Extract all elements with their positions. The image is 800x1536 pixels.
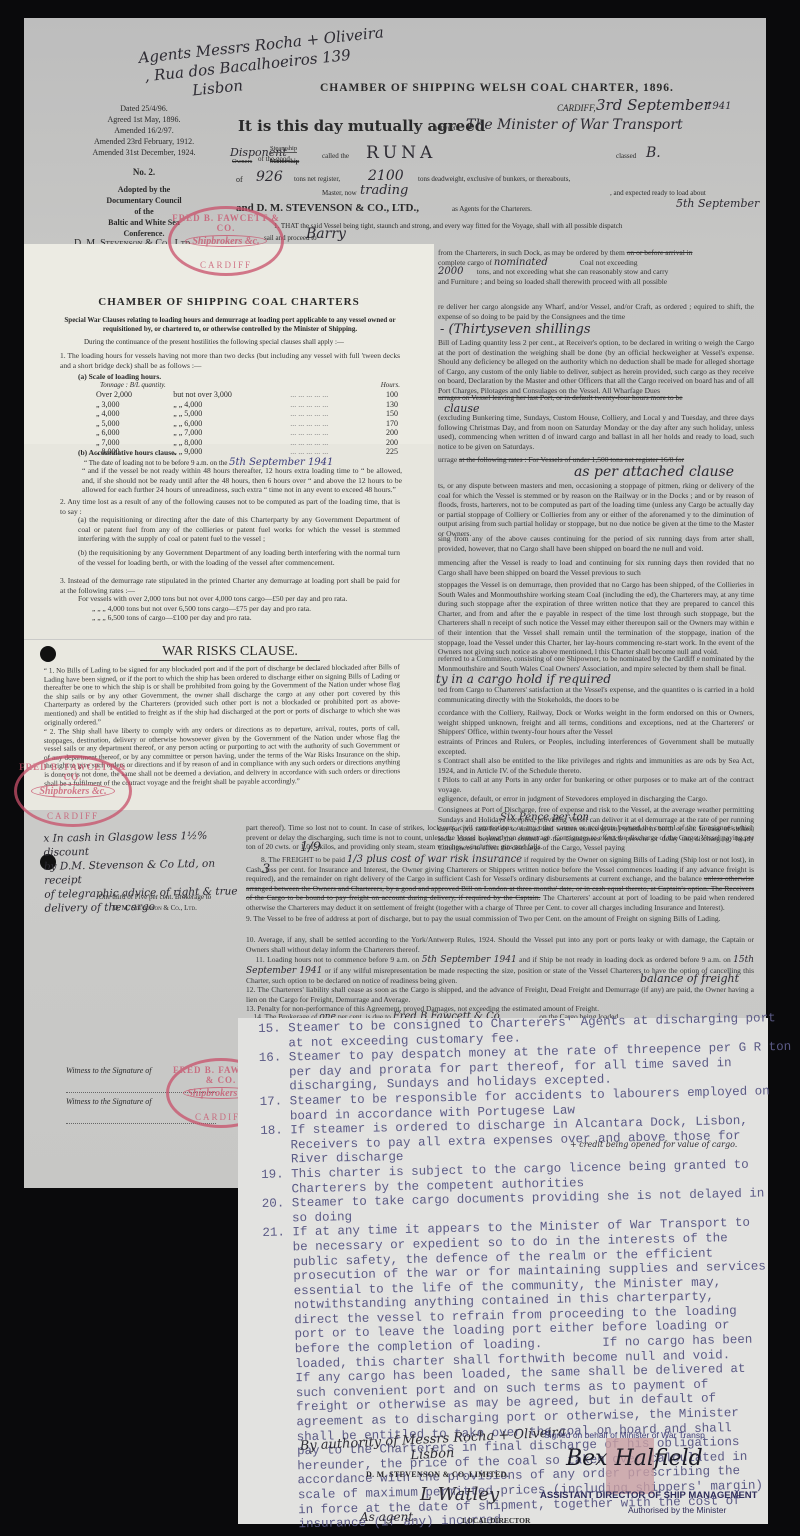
shipbroker-stamp: FRED B. FAWCETT & CO.Shipbrokers &c.CARD… <box>14 755 132 827</box>
called-the: called the <box>322 152 349 160</box>
cargo-hold-handwritten: ty in a cargo hold if required <box>436 672 611 686</box>
deliver-clause: re deliver her cargo alongside any Wharf… <box>438 302 754 321</box>
clause1-start: 1. THAT the said Vessel being tight, sta… <box>274 222 754 230</box>
company-name: D. M. STEVENSON & CO. LIMITED. <box>366 1470 509 1479</box>
war-risks-p1: “ 1. No Bills of Lading to be signed for… <box>44 663 401 727</box>
scale-row: „ 3,000„ „ 4,000... ... ... ... ...130 <box>92 400 402 410</box>
agent-signature: L Watley <box>420 1484 499 1505</box>
negligence-clause: egligence, default, or error in judgment… <box>438 794 754 804</box>
part-thereof-clause: part thereof). Time so lost not to count… <box>246 823 754 852</box>
scale-row: „ 7,000„ „ 8,000... ... ... ... ...200 <box>92 438 402 448</box>
between-party: The Minister of War Transport <box>466 117 683 133</box>
agents-suffix: as Agents for the Charterers. <box>452 205 532 213</box>
classed-label: classed <box>616 152 636 160</box>
cargo-nominated: nominated <box>494 257 548 268</box>
rider-clause-2a: (a) the requisitioning or directing afte… <box>78 515 400 544</box>
discharge-rate-handwritten: Six Pence per ton <box>500 812 589 823</box>
of-label: of <box>236 175 243 184</box>
master-label: Master, now <box>322 189 357 197</box>
pilots-clause: t Pilots to call at any Ports in any ord… <box>438 775 754 794</box>
balance-of-freight-handwritten: balance of freight <box>640 972 739 985</box>
freight-rate-handwritten: - (Thirtyseven shillings <box>440 322 591 337</box>
rider-subtitle: Special War Clauses relating to loading … <box>60 316 400 334</box>
scale-header: Tonnage : B/L quantity.Hours. <box>100 381 400 389</box>
rider-clause-1: 1. The loading hours for vessels having … <box>60 351 400 370</box>
net-register: 926 <box>256 169 283 185</box>
date-line: Amended 23rd February, 1912. <box>84 136 204 147</box>
adopted-line: Documentary Council <box>84 195 204 206</box>
rider-title: CHAMBER OF SHIPPING COAL CHARTERS <box>24 296 434 308</box>
rider-intro: During the continuance of the present ho… <box>84 338 344 346</box>
date-line: Amended 31st December, 1924. <box>84 147 204 158</box>
as-per-attached-clause: as per attached clause <box>574 464 734 480</box>
clause-12: 12. The Charterers' liability shall ceas… <box>246 985 754 1004</box>
master-status: trading <box>360 183 408 198</box>
authorised-by-minister: Authorised by the Minister <box>628 1505 726 1515</box>
charter-number: No. 2. <box>84 167 204 178</box>
shipbroker-stamp: FRED B. FAWCETT & CO.Shipbrokers &c.CARD… <box>168 206 284 276</box>
deadweight-label: tons deadweight, exclusive of bunkers, o… <box>418 175 570 183</box>
war-risks-title: WAR RISKS CLAUSE. <box>140 644 320 661</box>
scale-row: „ 6,000„ „ 7,000... ... ... ... ...200 <box>92 428 402 438</box>
rider-clause-2: 2. Any time lost as a result of any of t… <box>60 497 400 516</box>
stoppage-clause: stoppages the Vessel is on demurrage, th… <box>438 580 754 657</box>
place-label: CARDIFF, <box>557 103 596 113</box>
demurrage-rates: For vessels with over 2,000 tons but not… <box>78 594 400 623</box>
scale-row: „ 5,000„ „ 6,000... ... ... ... ...170 <box>92 419 402 429</box>
loading-date: 5th September 1941 <box>422 955 517 965</box>
freight-handwritten-2: 1/3 plus cost of war risk insurance <box>347 854 522 865</box>
scale-table: Over 2,000but not over 3,000... ... ... … <box>92 390 402 457</box>
brokerage-note: One third of Five per cent. Brokerage to… <box>80 892 230 914</box>
punch-hole <box>40 646 56 662</box>
commencing-clause: mmencing after the Vessel is ready to lo… <box>438 558 754 577</box>
classed-value: B. <box>646 145 661 161</box>
as-agent: As agent. <box>360 1510 417 1524</box>
minister-signature: Bex Halfield <box>566 1446 703 1471</box>
scale-title: (a) Scale of loading hours. <box>78 372 161 381</box>
vessel-name: RUNA <box>366 143 436 163</box>
charter-date: 3rd September <box>596 96 711 114</box>
rider-clause-2b: (b) the requisitioning by any Government… <box>78 548 400 567</box>
scale-row: Over 2,000but not over 3,000... ... ... … <box>92 390 402 400</box>
six-days-clause: sing from any of the above causes contin… <box>438 534 754 553</box>
assistant-director: ASSISTANT DIRECTOR OF SHIP MANAGEMENT <box>540 1490 757 1501</box>
holiday-clause: (excluding Bunkering time, Sundays, Cust… <box>438 413 754 451</box>
clause-10: 10. Average, if any, shall be settled ac… <box>246 935 754 954</box>
vessel-type: Steamship <box>270 145 297 153</box>
destination: Barry <box>306 226 346 242</box>
deadweight: 2100 <box>368 168 404 184</box>
cargo-tons: 2000 <box>438 266 463 277</box>
charter-title: CHAMBER OF SHIPPING WELSH COAL CHARTER, … <box>320 82 674 94</box>
date-line: Agreed 1st May, 1896. <box>84 114 204 125</box>
local-director: LOCAL DIRECTOR <box>462 1516 530 1525</box>
accum-title: (b) Accumulative hours clause. <box>78 448 176 457</box>
struck-line: urrages on Vessel leaving her last Port,… <box>438 393 754 403</box>
date-line: Amended 16/2/97. <box>84 125 204 136</box>
accum-text: “ and if the vessel be not ready within … <box>82 466 402 495</box>
scale-row: „ 4,000„ „ 5,000... ... ... ... ...150 <box>92 409 402 419</box>
bills-clause: ccordance with the Colliery, Railway, Do… <box>438 708 754 737</box>
adopted-line: Adopted by the <box>84 184 204 195</box>
clause-8: 8. The FREIGHT to be paid 1/3 plus cost … <box>246 855 754 913</box>
between-label: between <box>434 124 457 132</box>
expected-label: , and expected ready to load about <box>610 189 706 197</box>
net-register-label: tons net register, <box>294 175 340 183</box>
owner-struck: Owners <box>232 158 252 165</box>
expected-date: 5th September <box>676 197 759 210</box>
date-line: Dated 25/4/96. <box>84 103 204 114</box>
contract-clause: s Contract shall also be entitled to the… <box>438 756 754 775</box>
clause19-handwritten: + credit being opened for value of cargo… <box>570 1140 737 1149</box>
cargo-clause: from the Charterers, in such Dock, as ma… <box>438 248 754 286</box>
bill-of-lading-clause: Bill of Lading quantity less 2 per cent.… <box>438 338 754 396</box>
vessel-type-struck: Motorship <box>270 158 299 165</box>
charter-year: 1941 <box>706 101 731 112</box>
rider-clause-3: 3. Instead of the demurrage rate stipula… <box>60 576 400 595</box>
committee-clause: referred to a Committee, consisting of o… <box>438 654 754 673</box>
clause-9: 9. The Vessel to be free of address at p… <box>246 914 754 924</box>
freight-handwritten-1: 1/9 <box>300 840 321 855</box>
bunker-clause: ted from Cargo to Charterers' satisfacti… <box>438 685 754 704</box>
strike-clause: ts, or any dispute between masters and m… <box>438 481 754 539</box>
restraints-clause: estraints of Princes and Rulers, or Peop… <box>438 737 754 756</box>
